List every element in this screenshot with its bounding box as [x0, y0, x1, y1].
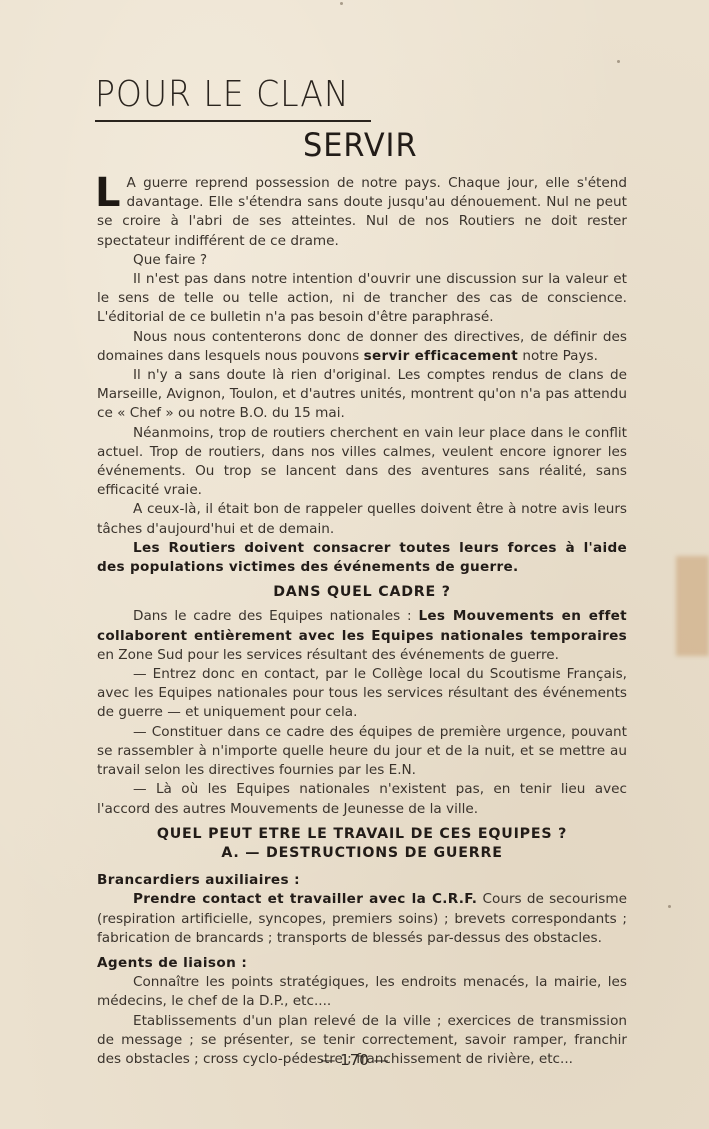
body-paragraph: Néanmoins, trop de routiers cherchent en… — [97, 424, 627, 501]
emphasis: Prendre contact et travailler avec la C.… — [133, 891, 477, 907]
body-paragraph: Connaître les points stratégiques, les e… — [97, 973, 627, 1011]
drop-cap: L — [95, 176, 121, 210]
subsection-heading: A. — DESTRUCTIONS DE GUERRE — [97, 844, 627, 863]
subhead-brancardiers: Brancardiers auxiliaires : — [97, 871, 627, 890]
title-block: POUR LE CLAN SERVIR — [97, 70, 627, 170]
section-heading-travail: QUEL PEUT ETRE LE TRAVAIL DE CES EQUIPES… — [97, 825, 627, 844]
body-paragraph: Il n'y a sans doute là rien d'original. … — [97, 366, 627, 424]
key-statement: Les Routiers doivent consacrer toutes le… — [97, 539, 627, 577]
article-headline: SERVIR — [303, 126, 418, 164]
subhead-agents: Agents de liaison : — [97, 954, 627, 973]
question-paragraph: Que faire ? — [97, 251, 627, 270]
paper-speck — [617, 60, 620, 63]
page-number: — 170 — — [0, 1051, 709, 1069]
title-underline — [95, 120, 371, 122]
intro-paragraph: LA guerre reprend possession de notre pa… — [97, 174, 627, 251]
list-item: — Entrez donc en contact, par le Collège… — [97, 665, 627, 723]
emphasis: servir efficacement — [364, 348, 518, 364]
article-body: LA guerre reprend possession de notre pa… — [97, 174, 627, 1069]
body-paragraph: Dans le cadre des Equipes nationales : L… — [97, 607, 627, 665]
body-paragraph: A ceux-là, il était bon de rappeler quel… — [97, 500, 627, 538]
body-paragraph: Prendre contact et travailler avec la C.… — [97, 890, 627, 948]
body-paragraph: Il n'est pas dans notre intention d'ouvr… — [97, 270, 627, 328]
list-item: — Là où les Equipes nationales n'existen… — [97, 780, 627, 818]
article: POUR LE CLAN SERVIR LA guerre reprend po… — [97, 70, 627, 1069]
paper-speck — [668, 905, 671, 908]
list-item: — Constituer dans ce cadre des équipes d… — [97, 723, 627, 781]
paper-stain — [676, 556, 709, 656]
column-title: POUR LE CLAN — [95, 74, 350, 115]
body-paragraph: Nous nous contenterons donc de donner de… — [97, 328, 627, 366]
section-heading-cadre: DANS QUEL CADRE ? — [97, 583, 627, 602]
paper-speck — [340, 2, 343, 5]
